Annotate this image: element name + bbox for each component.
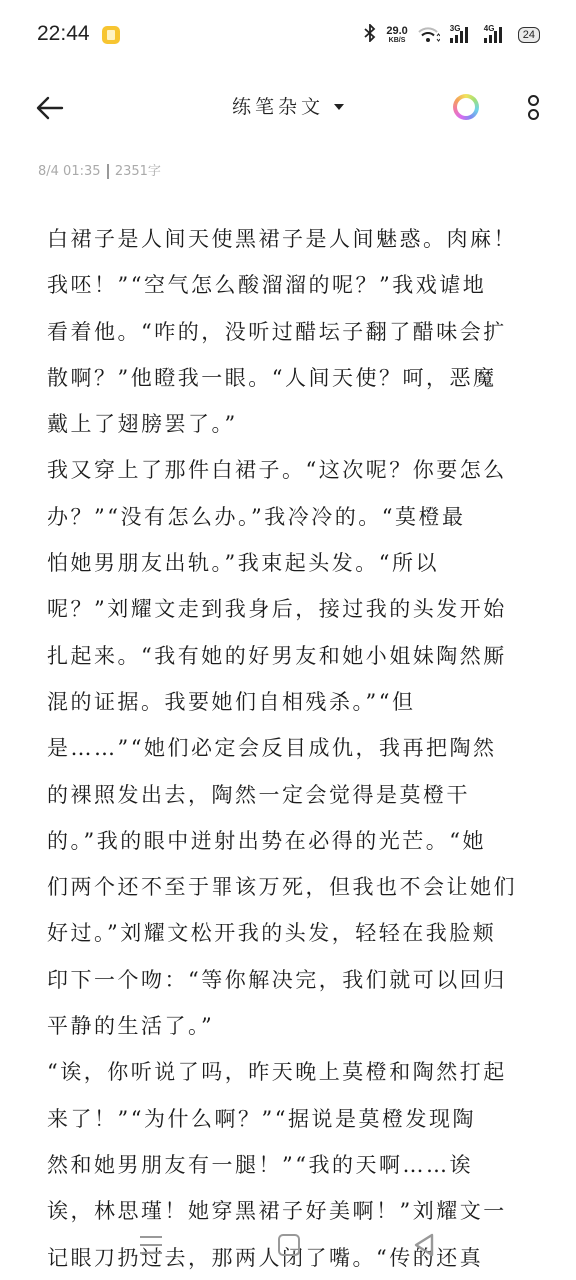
network-speed-unit: KB/S xyxy=(389,37,406,44)
more-dot-icon xyxy=(528,95,539,106)
text-line: 我呸！”“空气怎么酸溜溜的呢？”我戏谑地 xyxy=(47,262,517,308)
text-line: 怕她男朋友出轨。”我束起头发。“所以 xyxy=(47,540,517,586)
more-options-button[interactable] xyxy=(524,95,542,121)
status-time: 22:44 xyxy=(37,22,90,46)
text-line: 们两个还不至于罪该万死，但我也不会让她们 xyxy=(47,864,517,910)
sim2-network-type: 4G xyxy=(484,24,495,33)
network-speed-value: 29.0 xyxy=(386,26,407,37)
note-datetime: 8/4 01:35 xyxy=(38,164,101,179)
network-speed: 29.0 KB/S xyxy=(386,26,407,44)
sim2-signal-icon: 4G xyxy=(484,27,508,43)
more-dot-icon xyxy=(528,109,539,120)
page-title: 练笔杂文 xyxy=(232,92,324,119)
status-indicators: 29.0 KB/S 3G 4G 24 xyxy=(364,22,540,48)
text-line: “诶，你听说了吗，昨天晚上莫橙和陶然打起 xyxy=(47,1049,517,1095)
sim1-signal-icon: 3G xyxy=(450,27,474,43)
text-line: 好过。”刘耀文松开我的头发，轻轻在我脸颊 xyxy=(47,910,517,956)
text-line: 的裸照发出去，陶然一定会觉得是莫橙干 xyxy=(47,772,517,818)
home-square-icon[interactable] xyxy=(278,1234,300,1256)
system-nav-bar xyxy=(0,1212,576,1280)
bluetooth-icon xyxy=(364,24,376,47)
top-app-bar: 练笔杂文 xyxy=(0,78,576,138)
color-ring-icon[interactable] xyxy=(453,94,479,120)
text-line: 是……”“她们必定会反目成仇，我再把陶然 xyxy=(47,725,517,771)
text-line: 平静的生活了。” xyxy=(47,1003,517,1049)
meta-divider xyxy=(107,164,109,179)
text-line: 混的证据。我要她们自相残杀。”“但 xyxy=(47,679,517,725)
back-triangle-icon[interactable] xyxy=(413,1232,435,1258)
battery-icon: 24 xyxy=(518,27,540,43)
text-line: 扎起来。“我有她的好男友和她小姐妹陶然厮 xyxy=(47,633,517,679)
text-line: 散啊？”他瞪我一眼。“人间天使？呵，恶魔 xyxy=(47,355,517,401)
text-line: 戴上了翅膀罢了。” xyxy=(47,401,517,447)
text-line: 白裙子是人间天使黑裙子是人间魅惑。肉麻！ xyxy=(47,216,517,262)
status-bar: 22:44 29.0 KB/S 3G 4G xyxy=(0,0,576,70)
wifi-icon xyxy=(418,27,440,43)
text-line: 来了！”“为什么啊？”“据说是莫橙发现陶 xyxy=(47,1096,517,1142)
sim1-network-type: 3G xyxy=(450,24,461,33)
text-line: 的。”我的眼中迸射出势在必得的光芒。“她 xyxy=(47,818,517,864)
text-line: 呢？”刘耀文走到我身后，接过我的头发开始 xyxy=(47,586,517,632)
recents-menu-icon[interactable] xyxy=(140,1236,162,1254)
text-line: 印下一个吻：“等你解决完，我们就可以回归 xyxy=(47,957,517,1003)
caret-down-icon xyxy=(334,104,344,110)
text-line: 办？”“没有怎么办。”我冷冷的。“莫橙最 xyxy=(47,494,517,540)
note-body[interactable]: 白裙子是人间天使黑裙子是人间魅惑。肉麻！ 我呸！”“空气怎么酸溜溜的呢？”我戏谑… xyxy=(47,216,517,1280)
text-line: 看着他。“咋的，没听过醋坛子翻了醋味会扩 xyxy=(47,309,517,355)
text-line: 然和她男朋友有一腿！”“我的天啊……诶 xyxy=(47,1142,517,1188)
notes-app-notification-icon xyxy=(102,26,120,44)
note-word-count: 2351字 xyxy=(115,164,161,179)
note-meta: 8/4 01:35 2351字 xyxy=(38,160,161,179)
folder-selector[interactable]: 练笔杂文 xyxy=(0,92,576,119)
text-line: 我又穿上了那件白裙子。“这次呢？你要怎么 xyxy=(47,447,517,493)
